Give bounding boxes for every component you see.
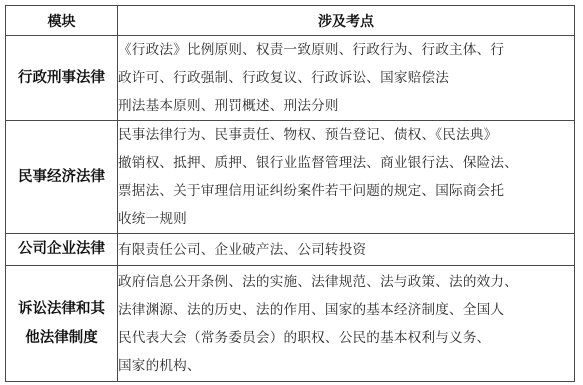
points-line: 民事法律行为、民事责任、物权、预告登记、债权、《民法典》: [118, 121, 574, 149]
points-line: 国家的机构、: [118, 352, 574, 380]
table-row: 公司企业法律 有限责任公司、企业破产法、公司转投资: [6, 234, 575, 266]
module-cell: 行政刑事法律: [6, 36, 118, 121]
module-cell: 民事经济法律: [6, 121, 118, 234]
points-cell: 民事法律行为、民事责任、物权、预告登记、债权、《民法典》 撤销权、抵押、质押、银…: [118, 121, 575, 234]
module-cell: 公司企业法律: [6, 234, 118, 266]
points-line: 有限责任公司、企业破产法、公司转投资: [118, 236, 574, 264]
points-line: 《行政法》比例原则、权责一致原则、行政行为、行政主体、行: [118, 36, 574, 64]
table-row: 民事经济法律 民事法律行为、民事责任、物权、预告登记、债权、《民法典》 撤销权、…: [6, 121, 575, 234]
table-row: 行政刑事法律 《行政法》比例原则、权责一致原则、行政行为、行政主体、行 政许可、…: [6, 36, 575, 121]
points-line: 民代表大会（常务委员会）的职权、公民的基本权利与义务、: [118, 324, 574, 352]
points-cell: 有限责任公司、企业破产法、公司转投资: [118, 234, 575, 266]
points-cell: 政府信息公开条例、法的实施、法律规范、法与政策、法的效力、 法律渊源、法的历史、…: [118, 266, 575, 382]
module-name: 行政刑事法律: [18, 70, 105, 86]
module-cell: 诉讼法律和其 他法律制度: [6, 266, 118, 382]
points-cell: 《行政法》比例原则、权责一致原则、行政行为、行政主体、行 政许可、行政强制、行政…: [118, 36, 575, 121]
exam-topics-table: 模块 涉及考点 行政刑事法律 《行政法》比例原则、权责一致原则、行政行为、行政主…: [5, 5, 575, 382]
column-header-points: 涉及考点: [118, 6, 575, 36]
points-line: 撤销权、抵押、质押、银行业监督管理法、商业银行法、保险法、: [118, 149, 574, 177]
points-line: 政许可、行政强制、行政复议、行政诉讼、国家赔偿法: [118, 64, 574, 92]
module-name-line: 他法律制度: [6, 324, 117, 353]
points-line: 票据法、关于审理信用证纠纷案件若干问题的规定、国际商会托: [118, 177, 574, 205]
module-name: 民事经济法律: [18, 169, 105, 185]
column-header-module: 模块: [6, 6, 118, 36]
points-line: 收统一规则: [118, 205, 574, 233]
module-name: 公司企业法律: [18, 241, 105, 257]
table-row: 诉讼法律和其 他法律制度 政府信息公开条例、法的实施、法律规范、法与政策、法的效…: [6, 266, 575, 382]
table-header-row: 模块 涉及考点: [6, 6, 575, 36]
points-line: 法律渊源、法的历史、法的作用、国家的基本经济制度、全国人: [118, 296, 574, 324]
module-name-line: 诉讼法律和其: [6, 295, 117, 324]
points-line: 政府信息公开条例、法的实施、法律规范、法与政策、法的效力、: [118, 268, 574, 296]
points-line: 刑法基本原则、刑罚概述、刑法分则: [118, 92, 574, 120]
